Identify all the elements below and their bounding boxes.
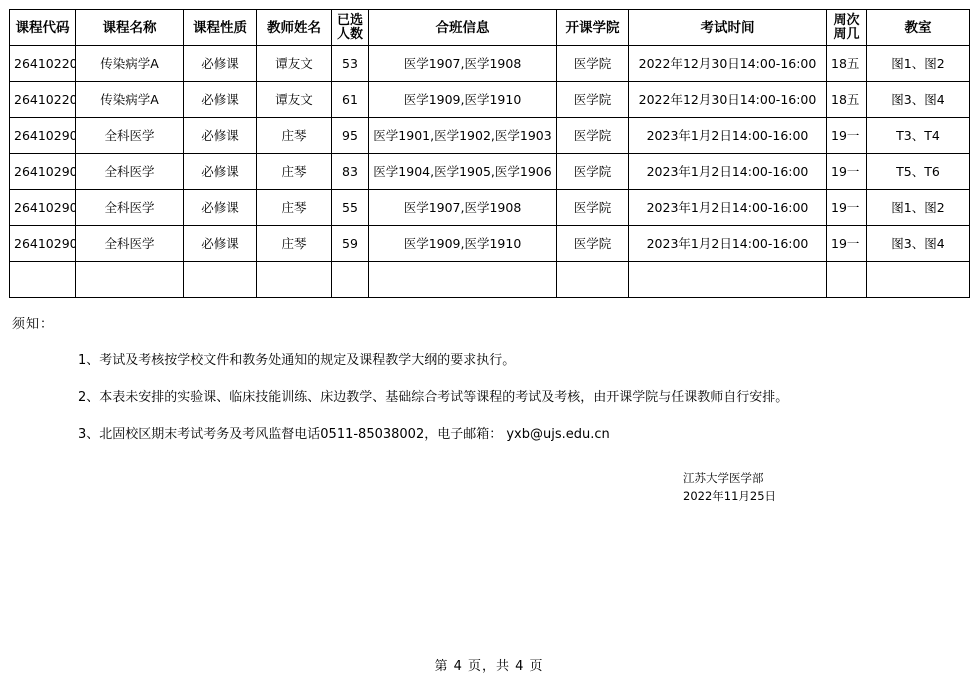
cell-teacher: 庄琴 — [257, 154, 332, 190]
table-row: 26410290 全科医学 必修课 庄琴 83 医学1904,医学1905,医学… — [10, 154, 970, 190]
signature-date: 2022年11月25日 — [683, 488, 776, 504]
header-selected-line1: 已选 — [337, 13, 363, 28]
cell-teacher: 庄琴 — [257, 190, 332, 226]
cell-room: 图1、图2 — [867, 46, 970, 82]
signature-org: 江苏大学医学部 — [683, 470, 764, 486]
cell-time: 2022年12月30日14:00-16:00 — [629, 82, 827, 118]
cell-college: 医学院 — [557, 226, 629, 262]
cell-time: 2023年1月2日14:00-16:00 — [629, 118, 827, 154]
table-row: 26410220 传染病学A 必修课 谭友文 53 医学1907,医学1908 … — [10, 46, 970, 82]
cell-teacher: 谭友文 — [257, 82, 332, 118]
table-header-row: 课程代码 课程名称 课程性质 教师姓名 已选人数 合班信息 开课学院 考试时间 … — [10, 10, 970, 46]
cell-college: 医学院 — [557, 46, 629, 82]
cell-empty — [257, 262, 332, 298]
cell-empty — [867, 262, 970, 298]
cell-count: 53 — [332, 46, 369, 82]
cell-empty — [10, 262, 76, 298]
cell-count: 95 — [332, 118, 369, 154]
cell-classes: 医学1904,医学1905,医学1906 — [369, 154, 557, 190]
cell-week: 18五 — [827, 46, 867, 82]
cell-classes: 医学1907,医学1908 — [369, 190, 557, 226]
header-week-day: 周次周几 — [827, 10, 867, 46]
note-item-1: 1、考试及考核按学校文件和教务处通知的规定及课程教学大纲的要求执行。 — [78, 349, 515, 368]
cell-code: 26410290 — [10, 226, 76, 262]
cell-code: 26410290 — [10, 190, 76, 226]
cell-type: 必修课 — [184, 226, 257, 262]
cell-college: 医学院 — [557, 82, 629, 118]
cell-empty — [76, 262, 184, 298]
table-row: 26410290 全科医学 必修课 庄琴 59 医学1909,医学1910 医学… — [10, 226, 970, 262]
cell-type: 必修课 — [184, 46, 257, 82]
header-selected-line2: 人数 — [337, 27, 363, 42]
header-college: 开课学院 — [557, 10, 629, 46]
cell-empty — [557, 262, 629, 298]
cell-code: 26410220 — [10, 46, 76, 82]
header-week-line1: 周次 — [833, 13, 859, 28]
cell-code: 26410290 — [10, 118, 76, 154]
table-row: 26410290 全科医学 必修课 庄琴 95 医学1901,医学1902,医学… — [10, 118, 970, 154]
header-course-code: 课程代码 — [10, 10, 76, 46]
cell-count: 61 — [332, 82, 369, 118]
cell-empty — [629, 262, 827, 298]
cell-empty — [369, 262, 557, 298]
table-row: 26410290 全科医学 必修课 庄琴 55 医学1907,医学1908 医学… — [10, 190, 970, 226]
cell-type: 必修课 — [184, 154, 257, 190]
cell-name: 传染病学A — [76, 82, 184, 118]
cell-empty — [827, 262, 867, 298]
cell-college: 医学院 — [557, 118, 629, 154]
cell-room: 图3、图4 — [867, 226, 970, 262]
cell-name: 传染病学A — [76, 46, 184, 82]
note-item-3: 3、北固校区期末考试考务及考风监督电话0511-85038002，电子邮箱： y… — [78, 423, 610, 442]
header-classroom: 教室 — [867, 10, 970, 46]
cell-room: T5、T6 — [867, 154, 970, 190]
header-selected-count: 已选人数 — [332, 10, 369, 46]
cell-time: 2022年12月30日14:00-16:00 — [629, 46, 827, 82]
exam-schedule-table: 课程代码 课程名称 课程性质 教师姓名 已选人数 合班信息 开课学院 考试时间 … — [9, 9, 970, 298]
cell-teacher: 谭友文 — [257, 46, 332, 82]
note-item-2: 2、本表未安排的实验课、临床技能训练、床边教学、基础综合考试等课程的考试及考核，… — [78, 386, 788, 405]
cell-room: 图3、图4 — [867, 82, 970, 118]
notes-title: 须知： — [12, 313, 54, 332]
cell-name: 全科医学 — [76, 154, 184, 190]
cell-name: 全科医学 — [76, 118, 184, 154]
cell-classes: 医学1907,医学1908 — [369, 46, 557, 82]
cell-count: 83 — [332, 154, 369, 190]
cell-week: 18五 — [827, 82, 867, 118]
cell-type: 必修课 — [184, 190, 257, 226]
cell-week: 19一 — [827, 154, 867, 190]
cell-teacher: 庄琴 — [257, 226, 332, 262]
cell-week: 19一 — [827, 190, 867, 226]
cell-count: 59 — [332, 226, 369, 262]
header-merged-classes: 合班信息 — [369, 10, 557, 46]
cell-name: 全科医学 — [76, 190, 184, 226]
cell-code: 26410290 — [10, 154, 76, 190]
cell-teacher: 庄琴 — [257, 118, 332, 154]
table-row: 26410220 传染病学A 必修课 谭友文 61 医学1909,医学1910 … — [10, 82, 970, 118]
cell-week: 19一 — [827, 118, 867, 154]
cell-time: 2023年1月2日14:00-16:00 — [629, 190, 827, 226]
cell-type: 必修课 — [184, 118, 257, 154]
cell-college: 医学院 — [557, 190, 629, 226]
cell-week: 19一 — [827, 226, 867, 262]
cell-classes: 医学1909,医学1910 — [369, 226, 557, 262]
cell-name: 全科医学 — [76, 226, 184, 262]
cell-classes: 医学1909,医学1910 — [369, 82, 557, 118]
cell-count: 55 — [332, 190, 369, 226]
cell-type: 必修课 — [184, 82, 257, 118]
cell-empty — [184, 262, 257, 298]
cell-time: 2023年1月2日14:00-16:00 — [629, 154, 827, 190]
cell-time: 2023年1月2日14:00-16:00 — [629, 226, 827, 262]
cell-room: 图1、图2 — [867, 190, 970, 226]
cell-college: 医学院 — [557, 154, 629, 190]
header-course-type: 课程性质 — [184, 10, 257, 46]
table-row-empty — [10, 262, 970, 298]
header-course-name: 课程名称 — [76, 10, 184, 46]
cell-room: T3、T4 — [867, 118, 970, 154]
cell-classes: 医学1901,医学1902,医学1903 — [369, 118, 557, 154]
header-week-line2: 周几 — [833, 27, 859, 42]
header-teacher: 教师姓名 — [257, 10, 332, 46]
page-number: 第 4 页，共 4 页 — [0, 655, 978, 674]
cell-empty — [332, 262, 369, 298]
header-exam-time: 考试时间 — [629, 10, 827, 46]
cell-code: 26410220 — [10, 82, 76, 118]
